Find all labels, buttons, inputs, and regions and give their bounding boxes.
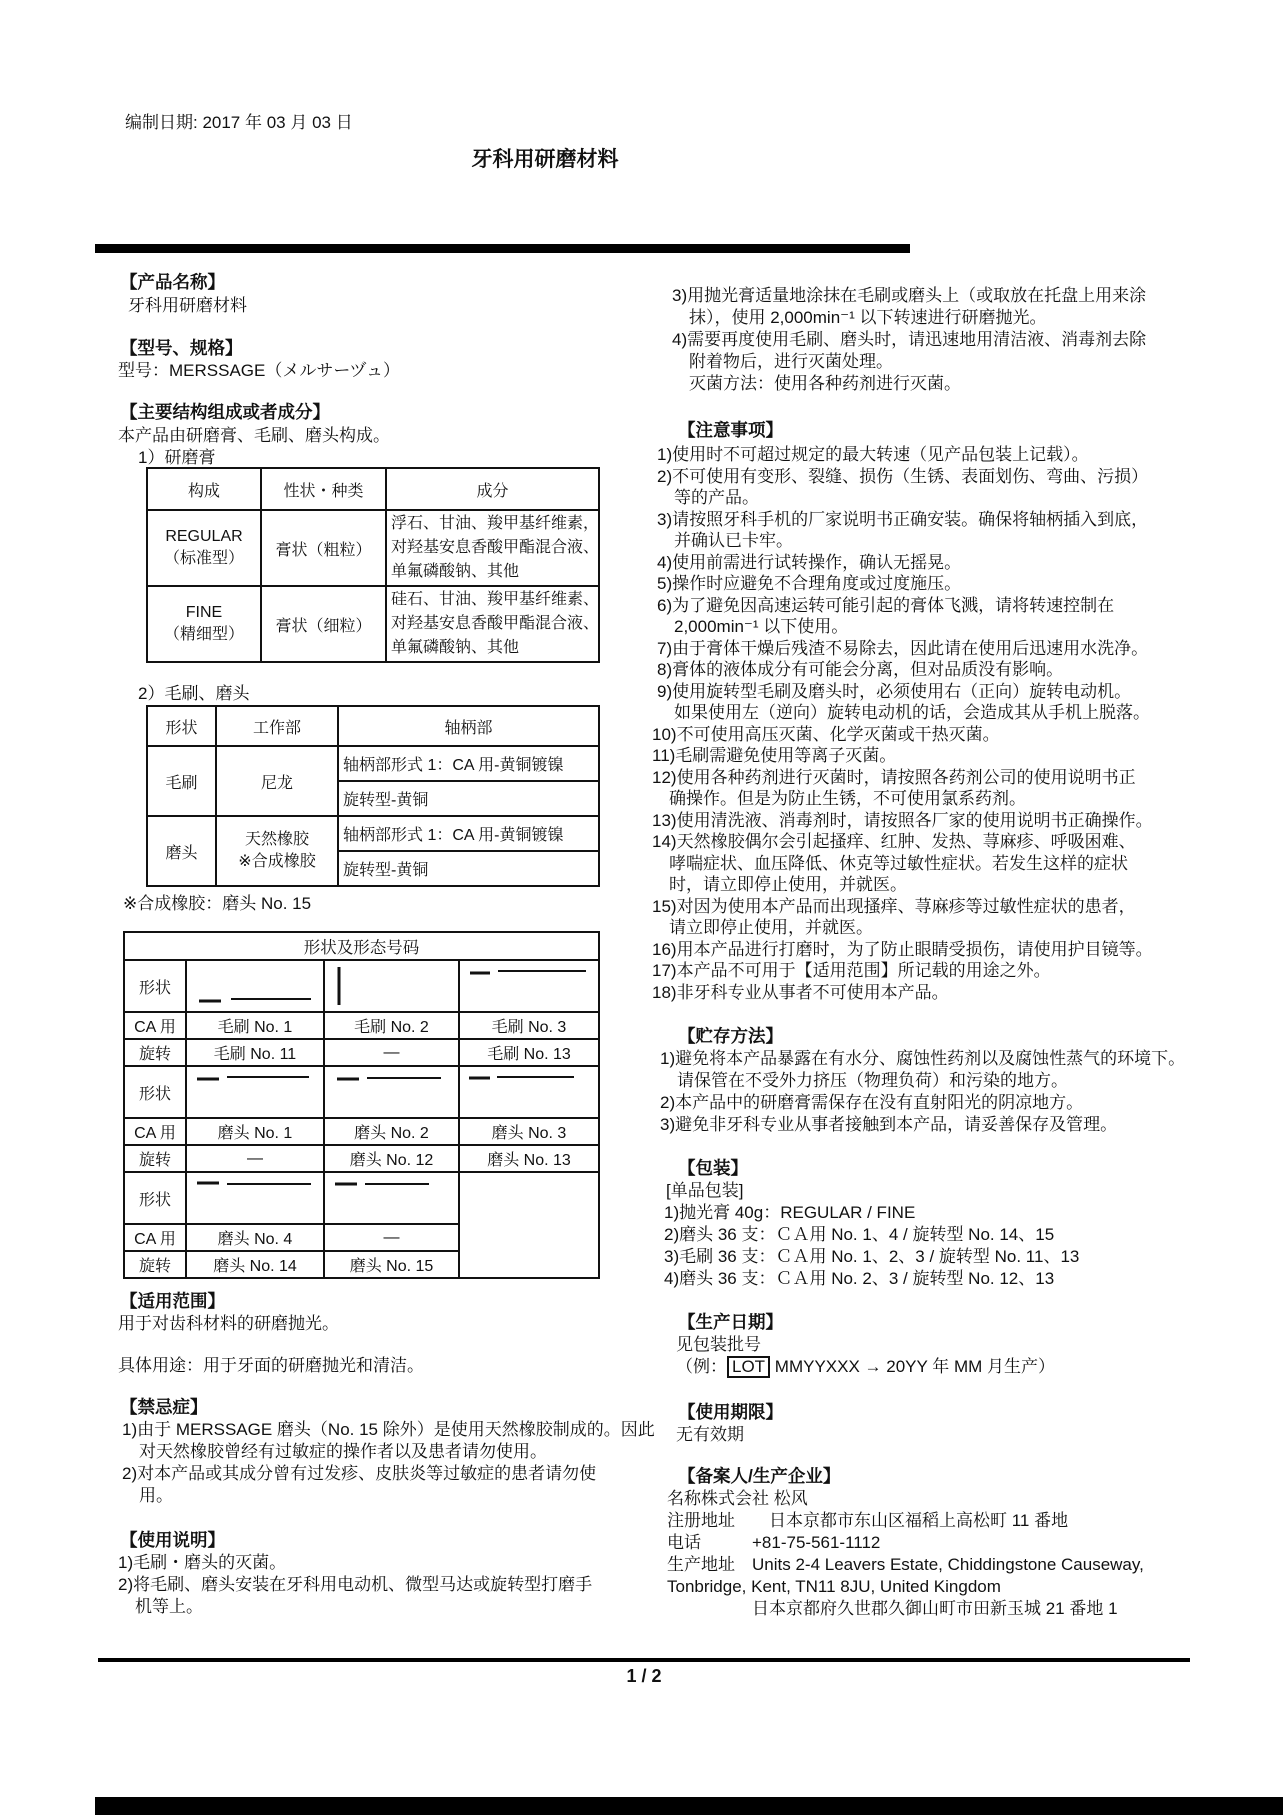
product-name-value: 牙科用研磨材料 xyxy=(128,295,247,316)
table3-rotary-label: 旋转 xyxy=(124,1039,186,1066)
table3-ca-label: CA 用 xyxy=(124,1224,186,1251)
manufacturer-line: 日本京都府久世郡久御山町市田新玉城 21 番地 1 xyxy=(667,1598,1118,1619)
section-scope-heading: 【适用范围】 xyxy=(120,1291,225,1312)
table2-point-shank-ca: 轴柄部形式 1：CA 用-黄铜镀镍 xyxy=(338,816,599,851)
document-page: 编制日期: 2017 年 03 月 03 日 牙科用研磨材料 【产品名称】 牙科… xyxy=(0,0,1283,1815)
bottom-edge-bar xyxy=(95,1797,1283,1815)
storage-line: 1)避免将本产品暴露在有水分、腐蚀性药剂以及腐蚀性蒸气的环境下。 xyxy=(660,1048,1185,1069)
table3-cell: 毛刷 No. 3 xyxy=(459,1012,599,1039)
table3-empty-region xyxy=(459,1172,599,1278)
contraindication-line: 1)由于 MERSSAGE 磨头（No. 15 除外）是使用天然橡胶制成的。因此 xyxy=(122,1419,655,1440)
packaging-line: 3)毛刷 36 支：ＣＡ用 No. 1、2、3 / 旋转型 No. 11、13 xyxy=(664,1246,1079,1267)
precaution-line: 确操作。但是为防止生锈，不可使用氯系药剂。 xyxy=(652,788,1026,809)
precaution-line: 如果使用左（逆向）旋转电动机的话，会造成其从手机上脱落。 xyxy=(657,702,1150,723)
precaution-line: 9)使用旋转型毛刷及磨头时，必须使用右（正向）旋转电动机。 xyxy=(657,681,1131,702)
precaution-line: 11)毛刷需避免使用等离子灭菌。 xyxy=(652,745,896,766)
ingredient-line: 浮石、甘油、羧甲基纤维素， xyxy=(391,512,594,536)
table1-header-ingredients: 成分 xyxy=(386,468,599,510)
precaution-line: 13)使用清洗液、消毒剂时，请按照各厂家的使用说明书正确操作。 xyxy=(652,810,1153,831)
brush-side-sketch-icon xyxy=(191,963,321,1009)
section-model-heading: 【型号、规格】 xyxy=(120,338,243,359)
precaution-line: 12)使用各种药剂进行灭菌时，请按照各药剂公司的使用说明书正 xyxy=(652,767,1136,788)
precaution-line: 6)为了避免因高速运转可能引起的膏体飞溅，请将转速控制在 xyxy=(657,595,1114,616)
table3-shape-label: 形状 xyxy=(124,960,186,1012)
regular-label: REGULAR xyxy=(152,526,256,548)
table3-cell: — xyxy=(324,1039,459,1066)
instruction-cont-line: 抹），使用 2,000min⁻¹ 以下转速进行研磨抛光。 xyxy=(672,307,1047,328)
manufacturer-line: 注册地址 日本京都市东山区福稻上高松町 11 番地 xyxy=(667,1510,1068,1531)
brush2-shape-sketch-icon xyxy=(324,960,459,1012)
section-contraindications-heading: 【禁忌症】 xyxy=(120,1397,208,1418)
table2-point-shape: 磨头 xyxy=(147,816,216,886)
table1-row-fine-name: FINE （精细型） xyxy=(147,586,261,662)
brush3-shape-sketch-icon xyxy=(459,960,599,1012)
fine-label: FINE xyxy=(152,602,256,624)
table3-rotary-label: 旋转 xyxy=(124,1145,186,1172)
contraindication-line: 对天然橡胶曾经有过敏症的操作者以及患者请勿使用。 xyxy=(122,1441,547,1462)
precaution-line: 2)不可使用有变形、裂缝、损伤（生锈、表面划伤、弯曲、污损） xyxy=(657,466,1148,487)
storage-line: 2)本产品中的研磨膏需保存在没有直射阳光的阴凉地方。 xyxy=(660,1092,1083,1113)
lot-example-post: MMYYXXX → 20YY 年 MM 月生产） xyxy=(770,1357,1055,1376)
table3-cell: 毛刷 No. 2 xyxy=(324,1012,459,1039)
table3-cell: 磨头 No. 4 xyxy=(186,1224,324,1251)
table1-row-regular-name: REGULAR （标准型） xyxy=(147,510,261,586)
section-manufacturer-heading: 【备案人/生产企业】 xyxy=(678,1466,840,1487)
sublabel-paste: 1）研磨膏 xyxy=(138,447,215,468)
instruction-line: 1)毛刷・磨头的灭菌。 xyxy=(118,1552,286,1573)
packaging-line: 4)磨头 36 支：ＣＡ用 No. 2、3 / 旋转型 No. 12、13 xyxy=(664,1268,1054,1289)
table3-cell: 磨头 No. 3 xyxy=(459,1118,599,1145)
table1-row-regular-ingredients: 浮石、甘油、羧甲基纤维素， 对羟基安息香酸甲酯混合液、 单氟磷酸钠、其他 xyxy=(386,510,599,586)
table1-header-form: 性状・种类 xyxy=(261,468,386,510)
packaging-line: 2)磨头 36 支：ＣＡ用 No. 1、4 / 旋转型 No. 14、15 xyxy=(664,1224,1054,1245)
precaution-line: 7)由于膏体干燥后残渣不易除去，因此请在使用后迅速用水洗净。 xyxy=(657,638,1148,659)
manufacturer-line: 生产地址 Units 2-4 Leavers Estate, Chiddings… xyxy=(667,1554,1144,1575)
precaution-line: 4)使用前需进行试转操作，确认无摇晃。 xyxy=(657,552,961,573)
table3-cell: — xyxy=(186,1145,324,1172)
instruction-cont-line: 3)用抛光膏适量地涂抹在毛刷或磨头上（或取放在托盘上用来涂 xyxy=(672,285,1146,306)
precaution-line: 16)用本产品进行打磨时，为了防止眼睛受损伤，请使用护目镜等。 xyxy=(652,939,1153,960)
point-sketch-icon xyxy=(191,1175,321,1221)
manufacturer-line: Tonbridge, Kent, TN11 8JU, United Kingdo… xyxy=(667,1576,1001,1597)
precaution-line: 2,000min⁻¹ 以下使用。 xyxy=(657,616,848,637)
point-sketch-icon xyxy=(329,1175,454,1221)
table3-cell: 磨头 No. 1 xyxy=(186,1118,324,1145)
precaution-line: 14)天然橡胶偶尔会引起搔痒、红肿、发热、荨麻疹、呼吸困难、 xyxy=(652,831,1136,852)
precaution-line: 时，请立即停止使用，并就医。 xyxy=(652,874,907,895)
fine-sublabel: （精细型） xyxy=(152,624,256,646)
ingredient-line: 单氟磷酸钠、其他 xyxy=(391,560,594,584)
storage-line: 3)避免非牙科专业从事者接触到本产品，请妥善保存及管理。 xyxy=(660,1114,1117,1135)
table1-row-regular-form: 膏状（粗粒） xyxy=(261,510,386,586)
packaging-line: 1)抛光膏 40g：REGULAR / FINE xyxy=(664,1202,915,1223)
instruction-line: 机等上。 xyxy=(118,1596,203,1617)
point-material-note: ※合成橡胶 xyxy=(221,851,333,873)
table3-cell: 毛刷 No. 13 xyxy=(459,1039,599,1066)
instruction-cont-line: 附着物后，进行灭菌处理。 xyxy=(672,351,893,372)
regular-sublabel: （标准型） xyxy=(152,548,256,570)
table3-cell: 磨头 No. 13 xyxy=(459,1145,599,1172)
brush-end-sketch-icon xyxy=(329,963,454,1009)
scope-body: 用于对齿科材料的研磨抛光。 xyxy=(118,1313,339,1334)
instruction-cont-line: 灭菌方法：使用各种药剂进行灭菌。 xyxy=(672,373,961,394)
page-title: 牙科用研磨材料 xyxy=(95,143,995,173)
point5-shape-sketch-icon xyxy=(324,1172,459,1224)
date-line: 编制日期: 2017 年 03 月 03 日 xyxy=(125,112,353,133)
table2-brush-shape: 毛刷 xyxy=(147,746,216,816)
table2-point-shank-rotary: 旋转型-黄铜 xyxy=(338,851,599,886)
table2-header-working-part: 工作部 xyxy=(216,706,338,746)
table1-header-composition: 构成 xyxy=(147,468,261,510)
point-sketch-icon xyxy=(464,1069,594,1115)
section-expiry-heading: 【使用期限】 xyxy=(678,1402,783,1423)
precaution-line: 17)本产品不可用于【适用范围】所记载的用途之外。 xyxy=(652,960,1051,981)
table3-cell: — xyxy=(324,1224,459,1251)
ingredient-line: 单氟磷酸钠、其他 xyxy=(391,636,594,660)
footer-rule xyxy=(98,1658,1190,1662)
ingredient-line: 硅石、甘油、羧甲基纤维素、 xyxy=(391,588,594,612)
table3-ca-label: CA 用 xyxy=(124,1012,186,1039)
production-date-body: 见包装批号 xyxy=(676,1334,761,1355)
point1-shape-sketch-icon xyxy=(186,1066,324,1118)
table2-header-shank: 轴柄部 xyxy=(338,706,599,746)
contraindication-line: 2)对本产品或其成分曾有过发疹、皮肤炎等过敏症的患者请勿使 xyxy=(122,1463,596,1484)
manufacturer-line: 电话 +81-75-561-1112 xyxy=(667,1532,880,1553)
section-production-date-heading: 【生产日期】 xyxy=(678,1312,783,1333)
table3-cell: 毛刷 No. 11 xyxy=(186,1039,324,1066)
table3-cell: 毛刷 No. 1 xyxy=(186,1012,324,1039)
ingredient-line: 对羟基安息香酸甲酯混合液、 xyxy=(391,536,594,560)
brush-point-table: 形状 工作部 轴柄部 毛刷 尼龙 轴柄部形式 1：CA 用-黄铜镀镍 旋转型-黄… xyxy=(146,705,600,887)
expiry-body: 无有效期 xyxy=(676,1424,744,1445)
table3-shape-label: 形状 xyxy=(124,1066,186,1118)
precaution-line: 15)对因为使用本产品而出现搔痒、荨麻疹等过敏性症状的患者， xyxy=(652,896,1136,917)
table2-brush-shank-rotary: 旋转型-黄铜 xyxy=(338,781,599,816)
table2-brush-shank-ca: 轴柄部形式 1：CA 用-黄铜镀镍 xyxy=(338,746,599,781)
precaution-line: 8)膏体的液体成分有可能会分离，但对品质没有影响。 xyxy=(657,659,1063,680)
section-composition-heading: 【主要结构组成或者成分】 xyxy=(120,402,330,423)
table3-title: 形状及形态号码 xyxy=(124,932,599,960)
precaution-line: 哮喘症状、血压降低、休克等过敏性症状。若发生这样的症状 xyxy=(652,853,1128,874)
brush1-shape-sketch-icon xyxy=(186,960,324,1012)
table3-cell: 磨头 No. 2 xyxy=(324,1118,459,1145)
section-instructions-heading: 【使用说明】 xyxy=(120,1530,225,1551)
table3-cell: 磨头 No. 14 xyxy=(186,1251,324,1278)
sublabel-brush-point: 2）毛刷、磨头 xyxy=(138,683,249,704)
table2-point-working-part: 天然橡胶 ※合成橡胶 xyxy=(216,816,338,886)
point-material: 天然橡胶 xyxy=(221,829,333,851)
instruction-line: 2)将毛刷、磨头安装在牙科用电动机、微型马达或旋转型打磨手 xyxy=(118,1574,592,1595)
scope-usage: 具体用途：用于牙面的研磨抛光和清洁。 xyxy=(118,1355,424,1376)
synthetic-rubber-note: ※合成橡胶：磨头 No. 15 xyxy=(123,893,311,914)
point-sketch-icon xyxy=(191,1069,321,1115)
precaution-line: 3)请按照牙科手机的厂家说明书正确安装。确保将轴柄插入到底， xyxy=(657,509,1148,530)
precaution-line: 1)使用时不可超过规定的最大转速（见产品包装上记载）。 xyxy=(657,444,1089,465)
ingredient-line: 对羟基安息香酸甲酯混合液、 xyxy=(391,612,594,636)
section-storage-heading: 【贮存方法】 xyxy=(678,1026,783,1047)
section-precautions-heading: 【注意事项】 xyxy=(678,420,783,441)
manufacturer-line: 名称株式会社 松风 xyxy=(667,1488,808,1509)
paste-composition-table: 构成 性状・种类 成分 REGULAR （标准型） 膏状（粗粒） 浮石、甘油、羧… xyxy=(146,467,600,663)
point3-shape-sketch-icon xyxy=(459,1066,599,1118)
storage-line: 请保管在不受外力挤压（物理负荷）和污染的地方。 xyxy=(660,1070,1068,1091)
table3-cell: 磨头 No. 15 xyxy=(324,1251,459,1278)
precaution-line: 并确认已卡牢。 xyxy=(657,530,793,551)
lot-badge: LOT xyxy=(727,1356,770,1378)
table2-brush-working-part: 尼龙 xyxy=(216,746,338,816)
composition-intro: 本产品由研磨膏、毛刷、磨头构成。 xyxy=(118,425,390,446)
packaging-line: [单品包装] xyxy=(666,1180,743,1201)
instruction-cont-line: 4)需要再度使用毛刷、磨头时，请迅速地用清洁液、消毒剂去除 xyxy=(672,329,1146,350)
model-value: 型号：MERSSAGE（メルサーヅュ） xyxy=(118,360,400,381)
section-product-name-heading: 【产品名称】 xyxy=(120,272,225,293)
table1-row-fine-form: 膏状（细粒） xyxy=(261,586,386,662)
shape-number-table: 形状及形态号码 形状 CA 用 xyxy=(123,931,600,1279)
table1-row-fine-ingredients: 硅石、甘油、羧甲基纤维素、 对羟基安息香酸甲酯混合液、 单氟磷酸钠、其他 xyxy=(386,586,599,662)
section-packaging-heading: 【包装】 xyxy=(678,1158,748,1179)
precaution-line: 18)非牙科专业从事者不可使用本产品。 xyxy=(652,982,949,1003)
table3-shape-label: 形状 xyxy=(124,1172,186,1224)
header-rule xyxy=(95,244,910,253)
precaution-line: 请立即停止使用，并就医。 xyxy=(652,917,873,938)
brush-top-sketch-icon xyxy=(464,963,594,1009)
table2-header-shape: 形状 xyxy=(147,706,216,746)
table3-ca-label: CA 用 xyxy=(124,1118,186,1145)
point2-shape-sketch-icon xyxy=(324,1066,459,1118)
point4-shape-sketch-icon xyxy=(186,1172,324,1224)
contraindication-line: 用。 xyxy=(122,1485,173,1506)
precaution-line: 10)不可使用高压灭菌、化学灭菌或干热灭菌。 xyxy=(652,724,1000,745)
table3-cell: 磨头 No. 12 xyxy=(324,1145,459,1172)
precaution-line: 等的产品。 xyxy=(657,487,759,508)
precaution-line: 5)操作时应避免不合理角度或过度施压。 xyxy=(657,573,961,594)
page-number: 1 / 2 xyxy=(98,1666,1190,1687)
lot-example-pre: （例： xyxy=(676,1357,727,1376)
lot-example-line: （例：LOT MMYYXXX → 20YY 年 MM 月生产） xyxy=(676,1356,1055,1378)
point-sketch-icon xyxy=(329,1069,454,1115)
table3-rotary-label: 旋转 xyxy=(124,1251,186,1278)
